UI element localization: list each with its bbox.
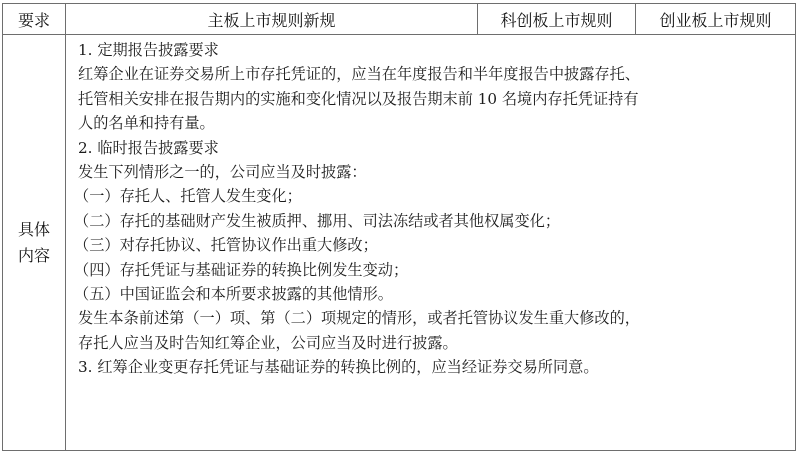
content-line: 发生下列情形之一的，公司应当及时披露： <box>78 160 787 184</box>
content-line: 发生本条前述第（一）项、第（二）项规定的情形，或者托管协议发生重大修改的， <box>78 306 787 330</box>
section-heading-periodic-report: 1. 定期报告披露要求 <box>78 38 787 62</box>
rules-comparison-table: 要求 主板上市规则新规 科创板上市规则 创业板上市规则 具体 内容 1. 定期报… <box>2 3 796 451</box>
table-header-row: 要求 主板上市规则新规 科创板上市规则 创业板上市规则 <box>3 4 796 35</box>
row-label-line: 内容 <box>3 243 65 269</box>
header-chinext-rules: 创业板上市规则 <box>636 4 796 35</box>
section-heading-interim-report: 2. 临时报告披露要求 <box>78 136 787 160</box>
header-requirement: 要求 <box>3 4 66 35</box>
list-item: （三）对存托协议、托管协议作出重大修改； <box>78 233 787 257</box>
list-item: （二）存托的基础财产发生被质押、挪用、司法冻结或者其他权属变化； <box>78 209 787 233</box>
row-label-specific-content: 具体 内容 <box>3 35 66 451</box>
header-main-board-rules: 主板上市规则新规 <box>66 4 478 35</box>
content-line: 托管相关安排在报告期内的实施和变化情况以及报告期末前 10 名境内存托凭证持有 <box>78 87 787 111</box>
content-line: 存托人应当及时告知红筹企业，公司应当及时进行披露。 <box>78 331 787 355</box>
list-item: （一）存托人、托管人发生变化； <box>78 184 787 208</box>
table-row: 具体 内容 1. 定期报告披露要求 红筹企业在证券交易所上市存托凭证的，应当在年… <box>3 35 796 451</box>
section-heading-conversion-ratio: 3. 红筹企业变更存托凭证与基础证券的转换比例的，应当经证券交易所同意。 <box>78 355 787 379</box>
content-line: 人的名单和持有量。 <box>78 111 787 135</box>
content-line: 红筹企业在证券交易所上市存托凭证的，应当在年度报告和半年度报告中披露存托、 <box>78 62 787 86</box>
content-cell: 1. 定期报告披露要求 红筹企业在证券交易所上市存托凭证的，应当在年度报告和半年… <box>66 35 796 451</box>
header-star-market-rules: 科创板上市规则 <box>478 4 636 35</box>
list-item: （四）存托凭证与基础证券的转换比例发生变动； <box>78 258 787 282</box>
row-label-line: 具体 <box>3 217 65 243</box>
list-item: （五）中国证监会和本所要求披露的其他情形。 <box>78 282 787 306</box>
